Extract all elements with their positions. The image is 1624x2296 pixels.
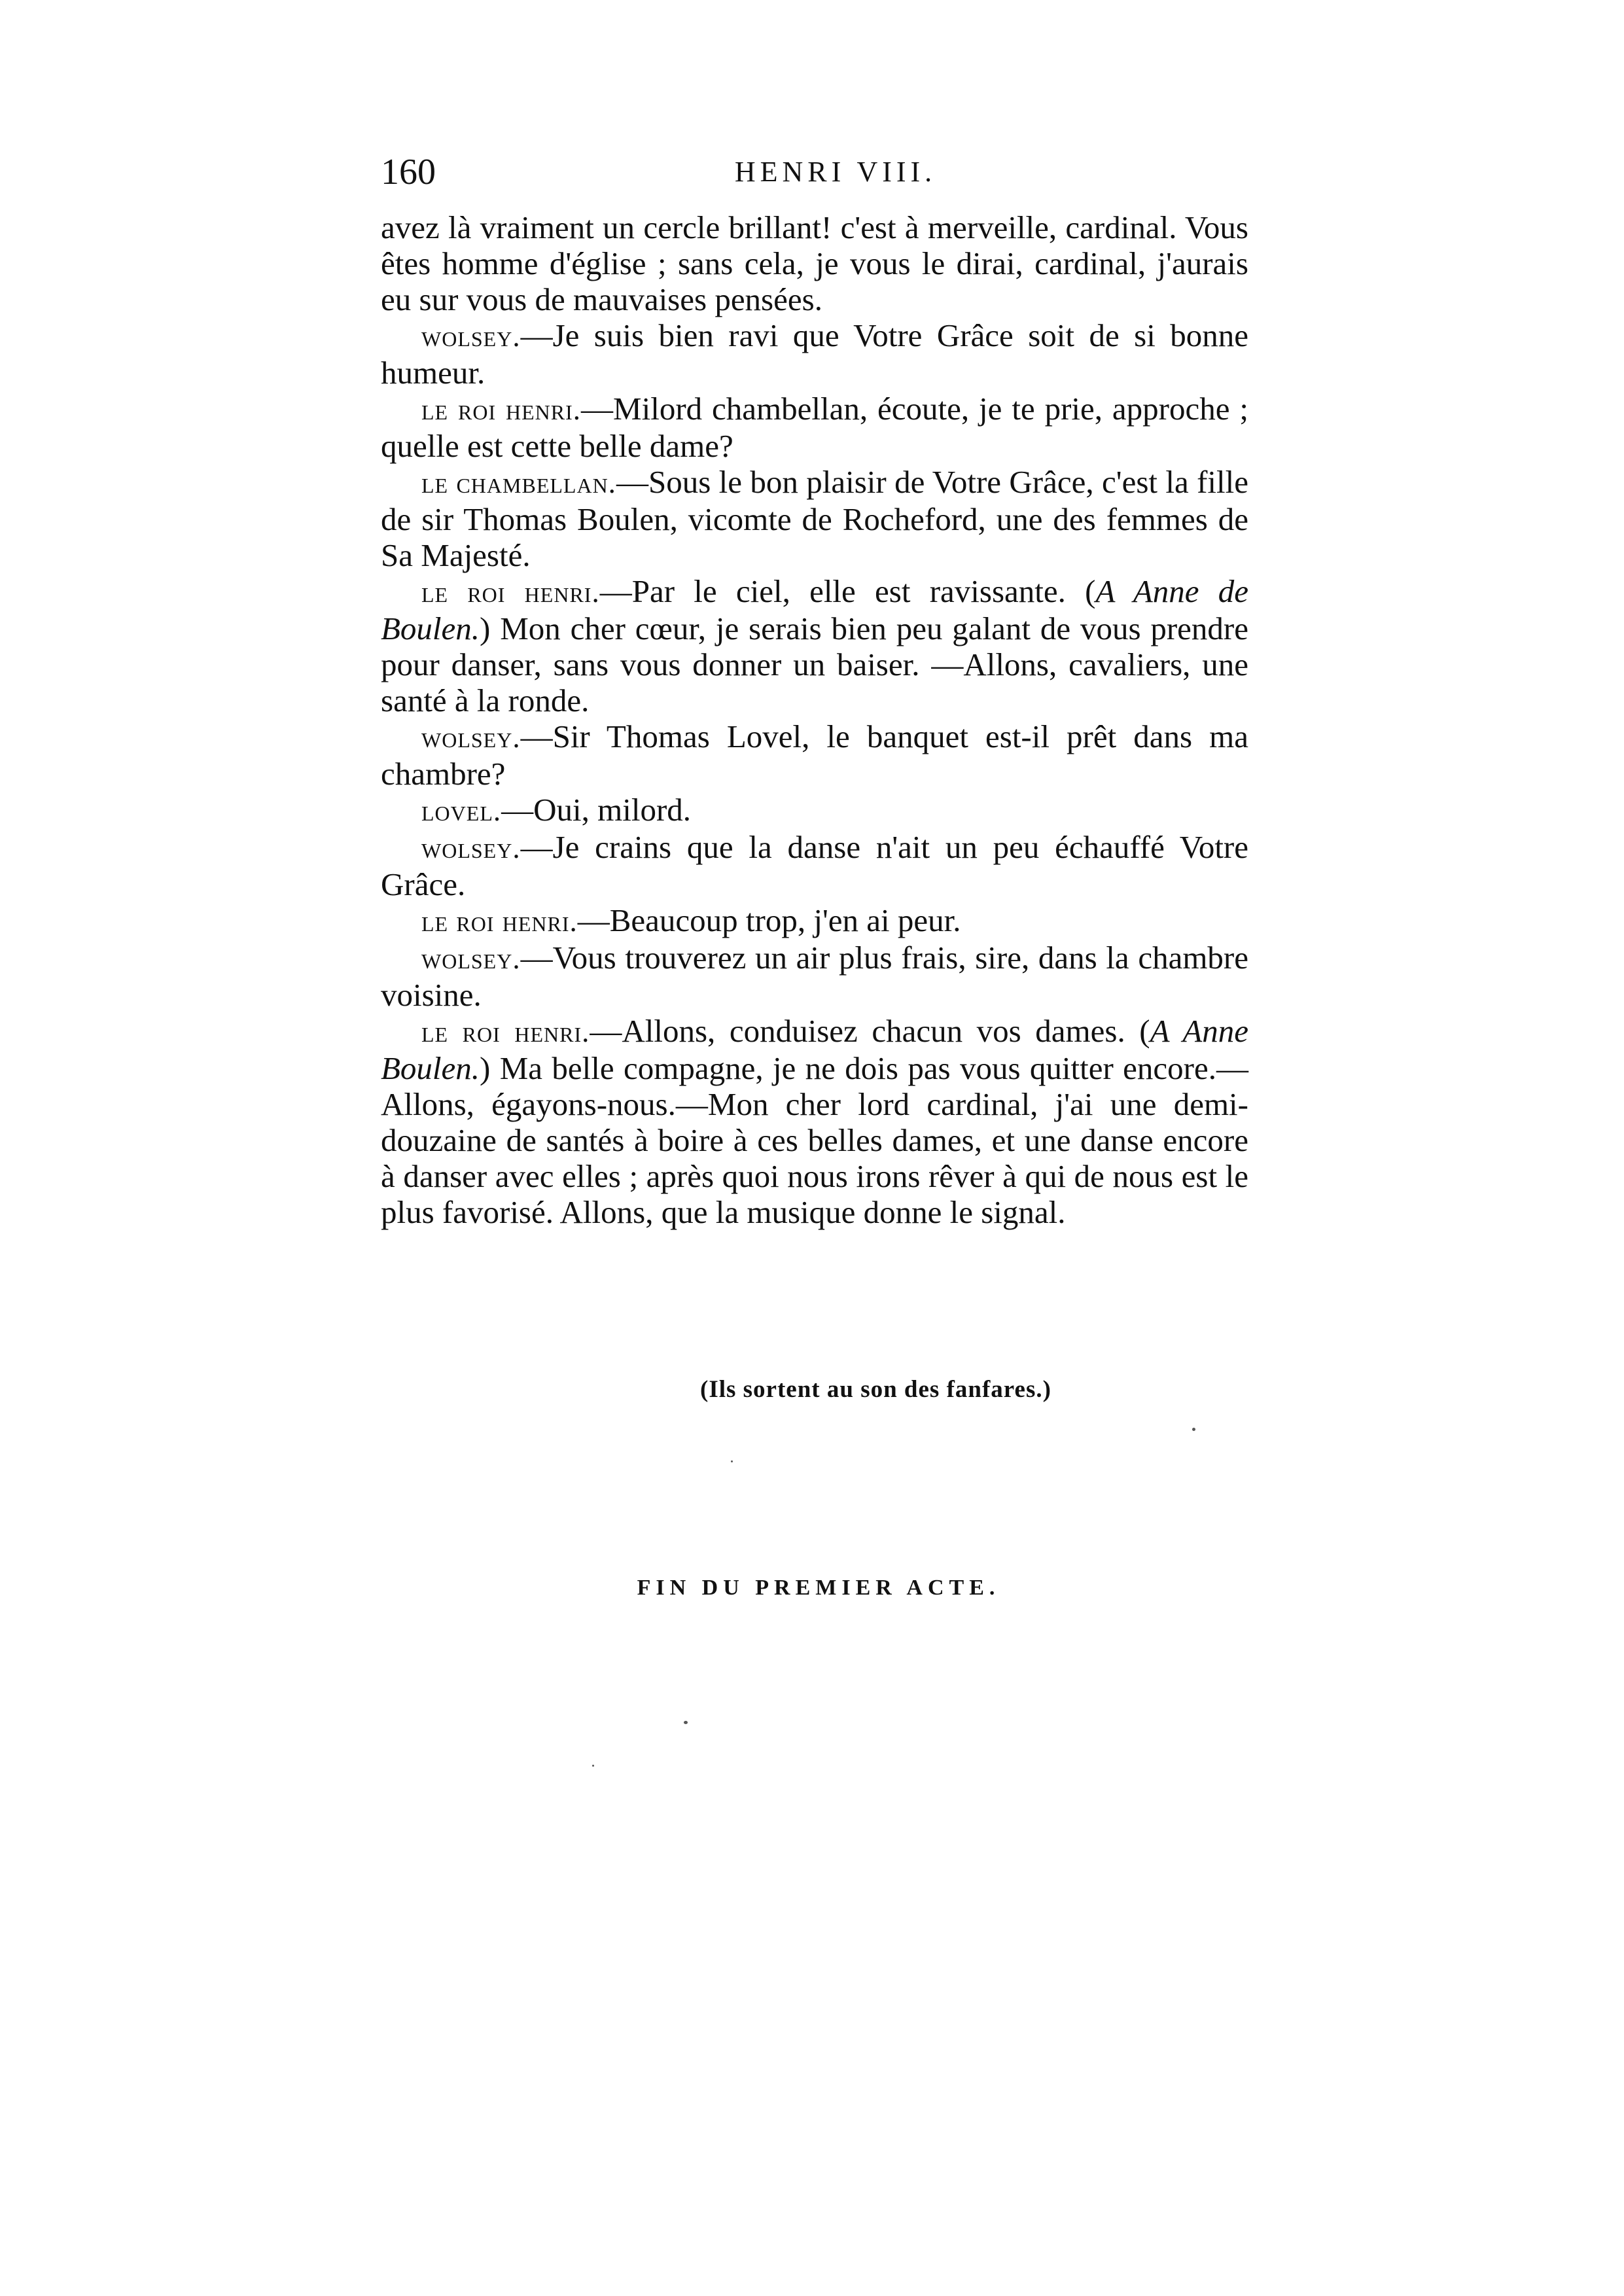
running-head: 160 HENRI VIII. (381, 149, 1251, 195)
speech-wolsey-1: WOLSEY.—Je suis bien ravi que Votre Grâc… (381, 317, 1248, 391)
scan-speck (684, 1721, 688, 1724)
speaker-name: WOLSEY. (421, 942, 521, 975)
speaker-name: WOLSEY. (421, 721, 521, 754)
speech-henri-4: LE ROI HENRI.—Allons, conduisez chacun v… (381, 1013, 1248, 1230)
scan-speck (592, 1765, 594, 1767)
speech-text: —Allons, conduisez chacun vos dames. ( (590, 1013, 1150, 1049)
speech-text: —Oui, milord. (501, 792, 691, 828)
speech-wolsey-2: WOLSEY.—Sir Thomas Lovel, le banquet est… (381, 718, 1248, 792)
book-page: 160 HENRI VIII. avez là vraiment un cerc… (0, 0, 1624, 2296)
speech-henri-2: LE ROI HENRI.—Par le ciel, elle est ravi… (381, 573, 1248, 718)
speech-text: ) Ma belle compagne, je ne dois pas vous… (381, 1050, 1248, 1230)
speech-henri-3: LE ROI HENRI.—Beaucoup trop, j'en ai peu… (381, 902, 1248, 940)
scan-speck (1192, 1428, 1195, 1431)
speech-chambellan: LE CHAMBELLAN.—Sous le bon plaisir de Vo… (381, 464, 1248, 573)
opening-paragraph: avez là vraiment un cercle brillant! c'e… (381, 209, 1248, 317)
speaker-name: LE CHAMBELLAN. (421, 467, 616, 499)
speaker-name: LE ROI HENRI. (421, 393, 581, 426)
speech-lovel: LOVEL.—Oui, milord. (381, 792, 1248, 829)
speech-text: —Beaucoup trop, j'en ai peur. (578, 902, 961, 938)
end-of-act-heading: FIN DU PREMIER ACTE. (0, 1576, 1624, 1600)
scan-speck (731, 1460, 733, 1462)
speech-wolsey-4: WOLSEY.—Vous trouverez un air plus frais… (381, 940, 1248, 1013)
speech-text: —Par le ciel, elle est ravissante. ( (600, 573, 1096, 609)
speaker-name: LE ROI HENRI. (421, 905, 578, 938)
speaker-name: LE ROI HENRI. (421, 1016, 590, 1048)
speaker-name: LE ROI HENRI. (421, 576, 600, 609)
speech-wolsey-3: WOLSEY.—Je crains que la danse n'ait un … (381, 829, 1248, 902)
running-title: HENRI VIII. (381, 149, 1251, 195)
speech-henri-1: LE ROI HENRI.—Milord chambellan, écoute,… (381, 391, 1248, 464)
stage-direction: (Ils sortent au son des fanfares.) (700, 1375, 1051, 1404)
speaker-name: WOLSEY. (421, 320, 521, 353)
speaker-name: LOVEL. (421, 794, 501, 827)
speech-text: ) Mon cher cœur, je serais bien peu gala… (381, 610, 1248, 718)
body-text: avez là vraiment un cercle brillant! c'e… (381, 209, 1248, 1230)
speaker-name: WOLSEY. (421, 832, 521, 864)
